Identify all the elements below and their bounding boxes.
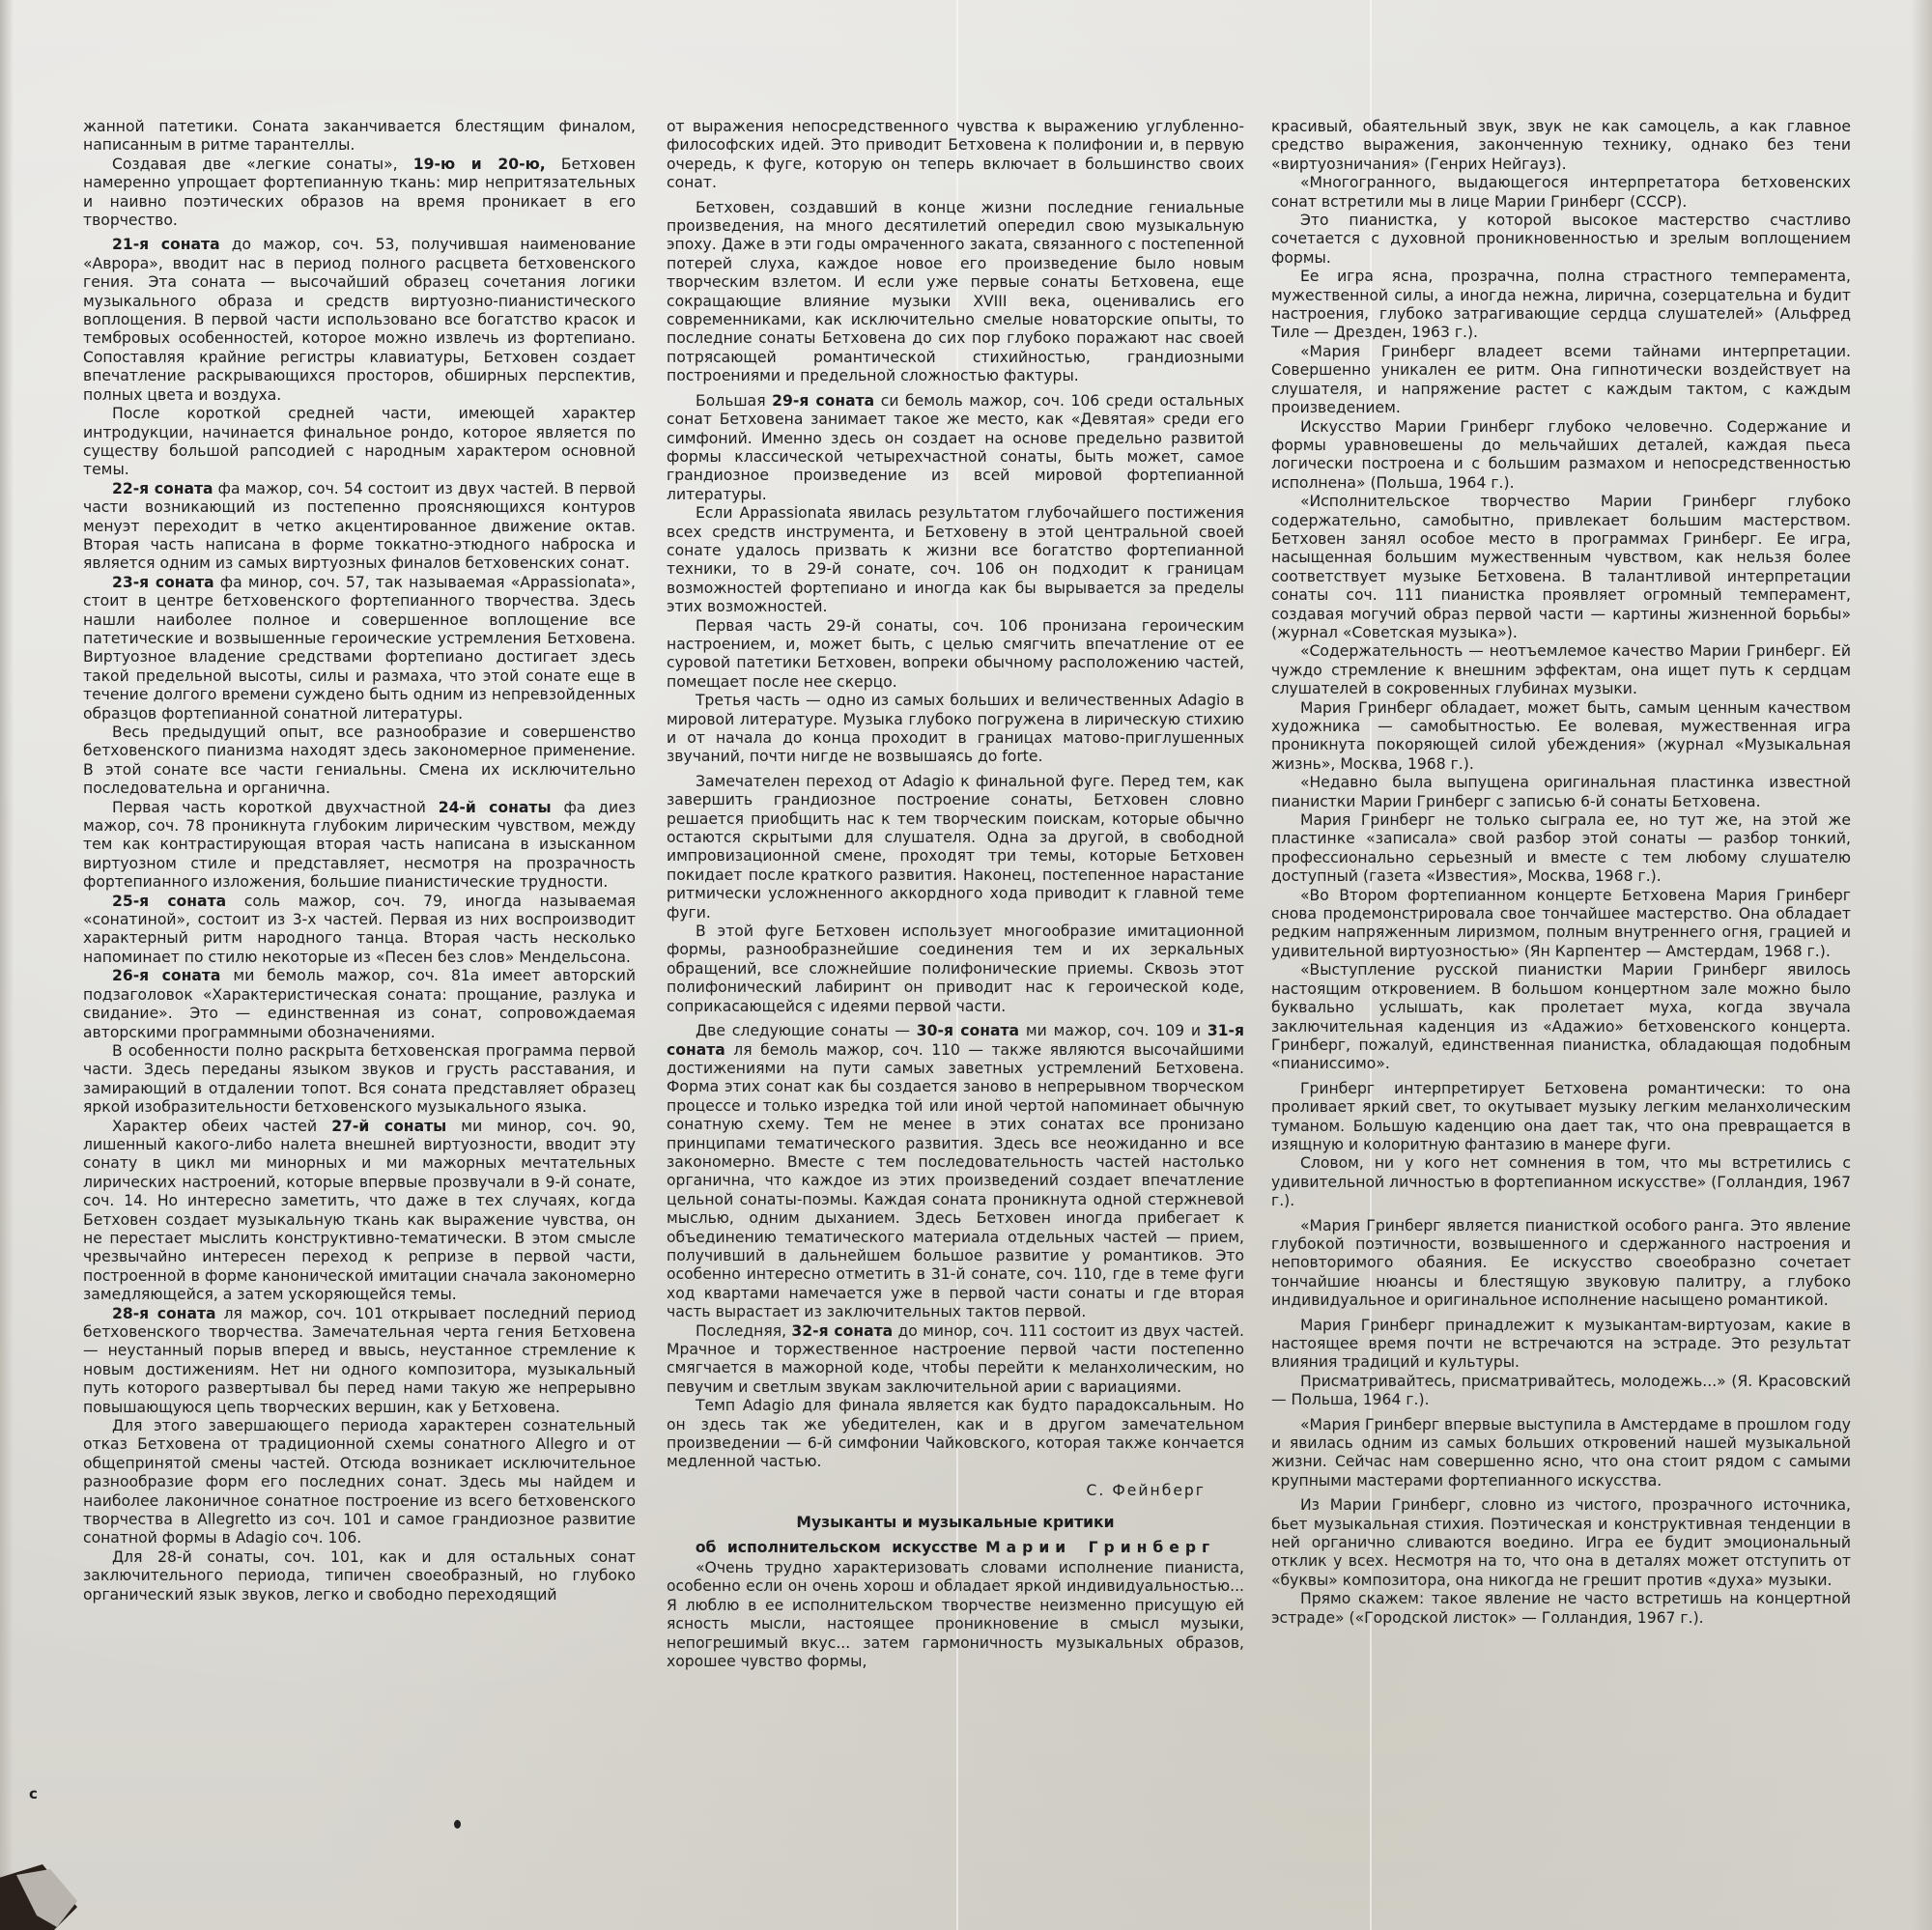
paragraph-text: ми минор, соч. 90, лишенный какого-либо … bbox=[83, 1118, 636, 1304]
paragraph-text: В этой фуге Бетховен использует многообр… bbox=[667, 922, 1244, 1015]
text-column-3: красивый, обаятельный звук, звук не как … bbox=[1271, 118, 1851, 1628]
paragraph: Характер обеих частей 27-й сонаты ми мин… bbox=[83, 1118, 636, 1305]
paragraph: Для этого завершающего периода характере… bbox=[83, 1417, 636, 1548]
bold-sonata-label: 22-я соната bbox=[112, 480, 213, 497]
paragraph-text: Гринберг интерпретирует Бетховена романт… bbox=[1271, 1080, 1851, 1153]
paragraph-text: Для этого завершающего периода характере… bbox=[83, 1417, 636, 1547]
paragraph-text: Присматривайтесь, присматривайтесь, моло… bbox=[1271, 1373, 1851, 1408]
paragraph: Бетховен, создавший в конце жизни послед… bbox=[667, 199, 1244, 386]
paragraph: от выражения непосредственного чувства к… bbox=[667, 118, 1244, 193]
paragraph: Мария Гринберг обладает, может быть, сам… bbox=[1271, 699, 1851, 775]
paragraph-text: Темп Adagio для финала является как будт… bbox=[667, 1397, 1244, 1470]
paragraph: Большая 29-я соната си бемоль мажор, соч… bbox=[667, 392, 1244, 504]
paragraph: Присматривайтесь, присматривайтесь, моло… bbox=[1271, 1373, 1851, 1410]
paragraph-text: Первая часть короткой двухчастной bbox=[112, 799, 439, 816]
corner-letter-mark: с bbox=[29, 1785, 38, 1802]
paragraph-text: «Во Втором фортепианном концерте Бетхове… bbox=[1271, 887, 1851, 960]
paragraph: «Многогранного, выдающегося интерпретато… bbox=[1271, 174, 1851, 212]
paragraph-text: ля бемоль мажор, соч. 110 — также являют… bbox=[667, 1041, 1244, 1321]
paragraph: красивый, обаятельный звук, звук не как … bbox=[1271, 118, 1851, 174]
paper-edge-left bbox=[0, 0, 14, 1930]
paragraph: «Выступление русской пианистки Марии Гри… bbox=[1271, 961, 1851, 1073]
paragraph: Первая часть короткой двухчастной 24-й с… bbox=[83, 799, 636, 893]
paragraph-text: жанной патетики. Соната заканчивается бл… bbox=[83, 118, 636, 154]
ink-speck bbox=[454, 1820, 461, 1829]
paragraph: Прямо скажем: такое явление не часто вст… bbox=[1271, 1590, 1851, 1628]
paragraph-text: Словом, ни у кого нет сомнения в том, чт… bbox=[1271, 1154, 1851, 1209]
critics-quote-intro: «Очень трудно характеризовать словами ис… bbox=[667, 1559, 1244, 1671]
paragraph-text: Мария Гринберг обладает, может быть, сам… bbox=[1271, 699, 1851, 773]
bold-sonata-label: 26-я соната bbox=[112, 967, 220, 984]
paragraph-text: Из Марии Гринберг, словно из чистого, пр… bbox=[1271, 1496, 1851, 1589]
paragraph-text: Искусство Марии Гринберг глубоко человеч… bbox=[1271, 418, 1851, 492]
paragraph-text: Первая часть 29-й сонаты, соч. 106 прони… bbox=[667, 617, 1244, 691]
bold-sonata-label: 19-ю и 20-ю, bbox=[413, 156, 546, 173]
paragraph-text: Ее игра ясна, прозрачна, полна страстног… bbox=[1271, 268, 1851, 341]
paragraph: Третья часть — одно из самых больших и в… bbox=[667, 692, 1244, 767]
paragraph-text: После короткой средней части, имеющей ха… bbox=[83, 405, 636, 478]
paragraph: 28-я соната ля мажор, соч. 101 открывает… bbox=[83, 1305, 636, 1417]
paragraph: Весь предыдущий опыт, все разнообразие и… bbox=[83, 724, 636, 799]
paragraph: «Содержательность — неотъемлемое качеств… bbox=[1271, 642, 1851, 698]
paragraph-text: «Содержательность — неотъемлемое качеств… bbox=[1271, 642, 1851, 697]
paragraph: 23-я соната фа минор, соч. 57, так назыв… bbox=[83, 574, 636, 724]
paragraph: Замечателен переход от Adagio к финально… bbox=[667, 773, 1244, 922]
paragraph-text: Замечателен переход от Adagio к финально… bbox=[667, 773, 1244, 922]
paragraph: Искусство Марии Гринберг глубоко человеч… bbox=[1271, 418, 1851, 494]
bold-sonata-label: 27-й сонаты bbox=[331, 1118, 446, 1135]
paragraph: Словом, ни у кого нет сомнения в том, чт… bbox=[1271, 1154, 1851, 1210]
paragraph: «Мария Гринберг является пианисткой особ… bbox=[1271, 1217, 1851, 1311]
paragraph: Мария Гринберг не только сыграла ее, но … bbox=[1271, 811, 1851, 887]
column-2-body: от выражения непосредственного чувства к… bbox=[667, 118, 1244, 1472]
paragraph-text: Весь предыдущий опыт, все разнообразие и… bbox=[83, 724, 636, 797]
pianist-name: Марии Гринберг bbox=[985, 1539, 1215, 1556]
paragraph: Гринберг интерпретирует Бетховена романт… bbox=[1271, 1080, 1851, 1155]
paragraph-text: «Многогранного, выдающегося интерпретато… bbox=[1271, 174, 1851, 210]
critics-subheading-text: об исполнительском искусстве bbox=[696, 1539, 978, 1556]
text-column-1: жанной патетики. Соната заканчивается бл… bbox=[83, 118, 636, 1604]
paragraph: В особенности полно раскрыта бетховенска… bbox=[83, 1042, 636, 1118]
author-signature: С. Фейнберг bbox=[667, 1482, 1206, 1500]
bold-sonata-label: 29-я соната bbox=[772, 392, 874, 410]
bold-sonata-label: 24-й сонаты bbox=[439, 799, 552, 816]
paragraph: Создавая две «легкие сонаты», 19-ю и 20-… bbox=[83, 156, 636, 231]
paragraph: Для 28-й сонаты, соч. 101, как и для ост… bbox=[83, 1548, 636, 1604]
paper-edge-right bbox=[1911, 0, 1932, 1930]
paragraph: 22-я соната фа мажор, соч. 54 состоит из… bbox=[83, 480, 636, 574]
paragraph: После короткой средней части, имеющей ха… bbox=[83, 405, 636, 480]
paragraph: «Мария Гринберг впервые выступила в Амст… bbox=[1271, 1416, 1851, 1491]
paragraph-text: «Мария Гринберг является пианисткой особ… bbox=[1271, 1217, 1851, 1310]
bold-sonata-label: 28-я соната bbox=[112, 1305, 216, 1322]
paragraph-text: Большая bbox=[696, 392, 772, 410]
paragraph-text: Мария Гринберг не только сыграла ее, но … bbox=[1271, 811, 1851, 885]
bold-sonata-label: 30-я соната bbox=[917, 1022, 1019, 1039]
paragraph: Если Appassionata явилась результатом гл… bbox=[667, 504, 1244, 616]
paragraph: 26-я соната ми бемоль мажор, соч. 81а им… bbox=[83, 967, 636, 1042]
paragraph-text: от выражения непосредственного чувства к… bbox=[667, 118, 1244, 191]
paragraph-text: «Исполнительское творчество Марии Гринбе… bbox=[1271, 493, 1851, 641]
paragraph: Последняя, 32-я соната до минор, соч. 11… bbox=[667, 1322, 1244, 1398]
paragraph: Первая часть 29-й сонаты, соч. 106 прони… bbox=[667, 617, 1244, 693]
bold-sonata-label: 21-я соната bbox=[112, 236, 220, 253]
paragraph: 25-я соната соль мажор, соч. 79, иногда … bbox=[83, 893, 636, 968]
paragraph: Темп Adagio для финала является как будт… bbox=[667, 1397, 1244, 1472]
paragraph-text: красивый, обаятельный звук, звук не как … bbox=[1271, 118, 1851, 173]
text-column-2: от выражения непосредственного чувства к… bbox=[667, 118, 1244, 1672]
paragraph-text: Для 28-й сонаты, соч. 101, как и для ост… bbox=[83, 1548, 636, 1604]
paragraph-text: Мария Гринберг принадлежит к музыкантам-… bbox=[1271, 1317, 1851, 1372]
paragraph: «Во Втором фортепианном концерте Бетхове… bbox=[1271, 887, 1851, 962]
paragraph: Мария Гринберг принадлежит к музыкантам-… bbox=[1271, 1317, 1851, 1373]
paragraph-text: «Мария Гринберг владеет всеми тайнами ин… bbox=[1271, 343, 1851, 416]
paragraph-text: Бетховен, создавший в конце жизни послед… bbox=[667, 199, 1244, 385]
bold-sonata-label: 25-я соната bbox=[112, 893, 226, 910]
paragraph-text: Характер обеих частей bbox=[112, 1118, 331, 1135]
critics-subheading: об исполнительском искусствеМарии Гринбе… bbox=[667, 1539, 1244, 1557]
paragraph-text: «Выступление русской пианистки Марии Гри… bbox=[1271, 961, 1851, 1072]
paragraph-text: «Недавно была выпущена оригинальная плас… bbox=[1271, 774, 1851, 809]
paragraph: Из Марии Гринберг, словно из чистого, пр… bbox=[1271, 1496, 1851, 1590]
paragraph-text: В особенности полно раскрыта бетховенска… bbox=[83, 1042, 636, 1116]
paragraph: «Исполнительское творчество Марии Гринбе… bbox=[1271, 493, 1851, 642]
paragraph: Это пианистка, у которой высокое мастерс… bbox=[1271, 212, 1851, 268]
paragraph: Ее игра ясна, прозрачна, полна страстног… bbox=[1271, 268, 1851, 343]
paragraph-text: Последняя, bbox=[696, 1322, 791, 1340]
paragraph-text: Создавая две «легкие сонаты», bbox=[112, 156, 413, 173]
bold-sonata-label: 32-я соната bbox=[791, 1322, 893, 1340]
paragraph-text: Две следующие сонаты — bbox=[696, 1022, 917, 1039]
paragraph-text: до мажор, соч. 53, получившая наименован… bbox=[83, 236, 636, 403]
paragraph-text: фа минор, соч. 57, так называемая «Appas… bbox=[83, 574, 636, 723]
paragraph-text: Это пианистка, у которой высокое мастерс… bbox=[1271, 212, 1851, 267]
paragraph-text: ми мажор, соч. 109 и bbox=[1019, 1022, 1207, 1039]
bold-sonata-label: 23-я соната bbox=[112, 574, 214, 591]
paragraph-text: Третья часть — одно из самых больших и в… bbox=[667, 692, 1244, 765]
paragraph: «Недавно была выпущена оригинальная плас… bbox=[1271, 774, 1851, 811]
critics-heading: Музыканты и музыкальные критики bbox=[667, 1514, 1244, 1532]
paragraph-text: Прямо скажем: такое явление не часто вст… bbox=[1271, 1590, 1851, 1626]
paragraph: жанной патетики. Соната заканчивается бл… bbox=[83, 118, 636, 156]
paragraph: Две следующие сонаты — 30-я соната ми ма… bbox=[667, 1022, 1244, 1322]
paragraph-text: Если Appassionata явилась результатом гл… bbox=[667, 504, 1244, 615]
paragraph: 21-я соната до мажор, соч. 53, получивша… bbox=[83, 236, 636, 405]
paragraph-text: «Мария Гринберг впервые выступила в Амст… bbox=[1271, 1416, 1851, 1490]
paragraph: «Мария Гринберг владеет всеми тайнами ин… bbox=[1271, 343, 1851, 418]
paragraph: В этой фуге Бетховен использует многообр… bbox=[667, 922, 1244, 1016]
